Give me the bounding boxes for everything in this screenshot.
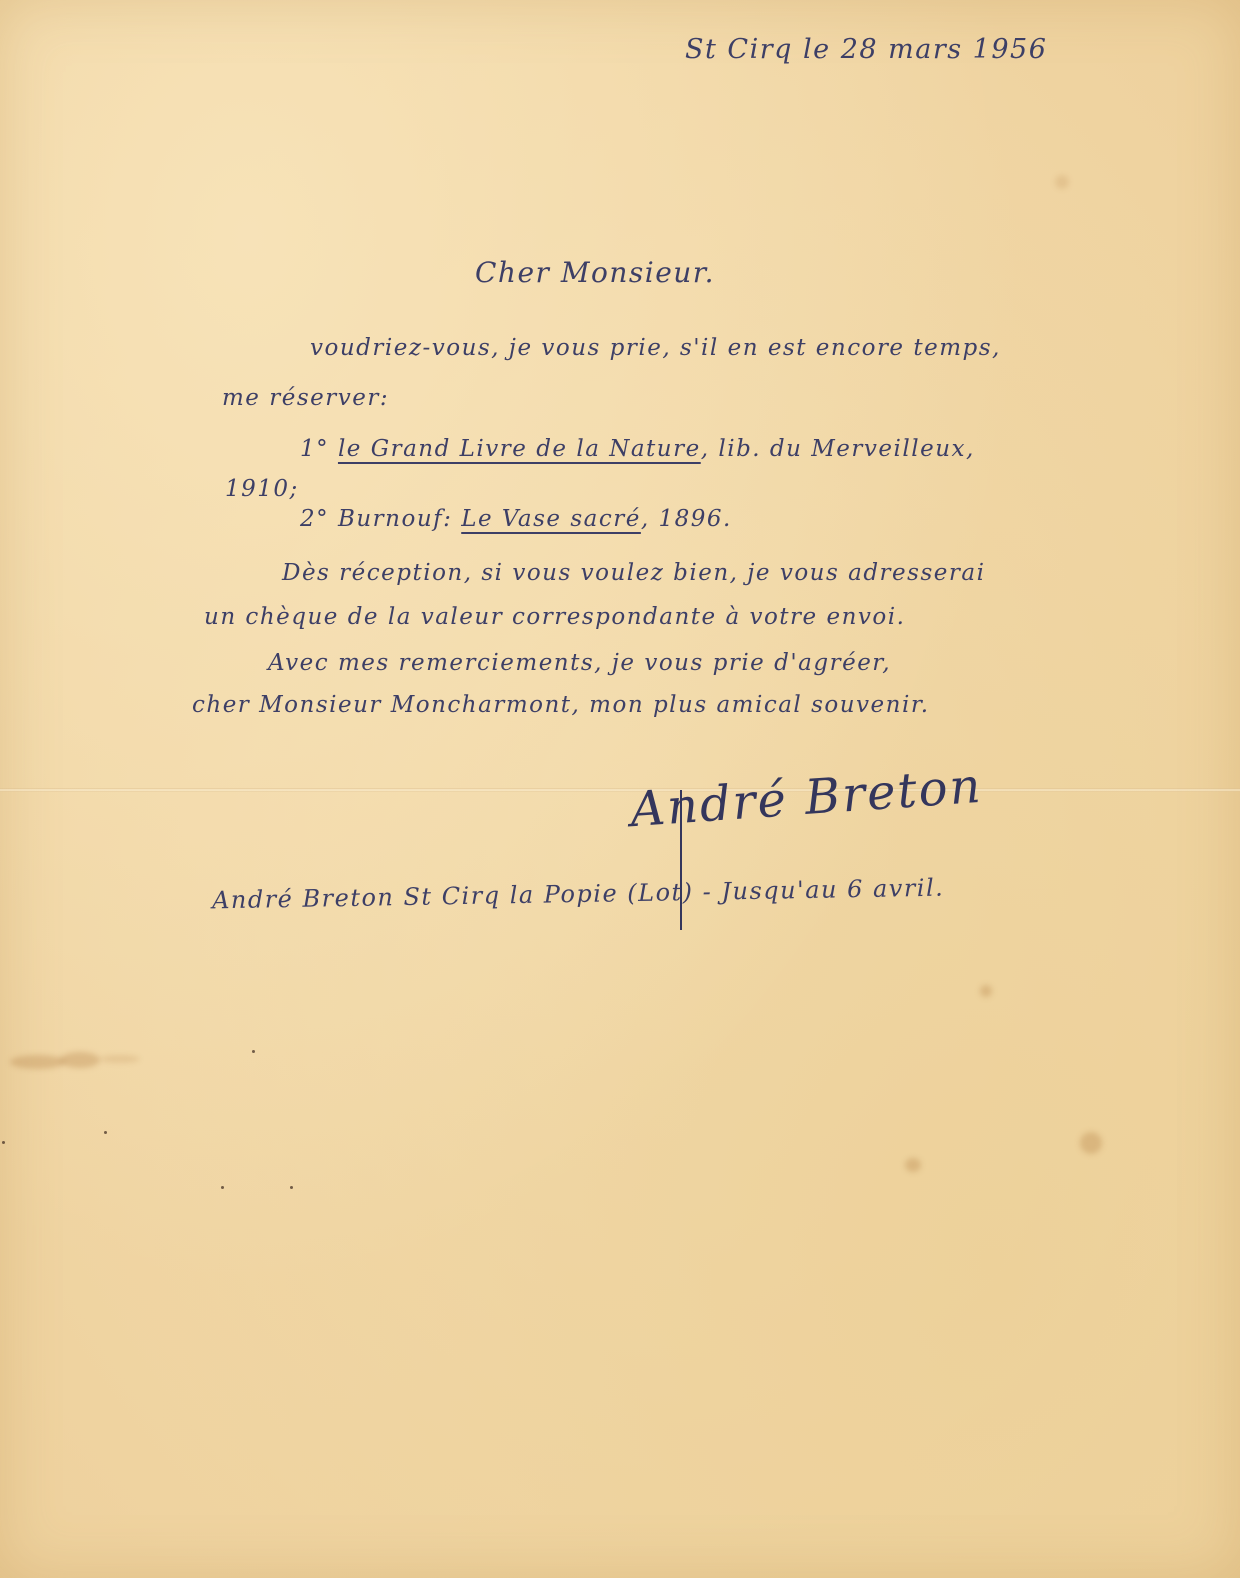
item-2-title: Le Vase sacré [461,506,641,532]
item-1-year: 1910; [225,476,299,502]
stain [1055,175,1069,189]
item-1-title: le Grand Livre de la Nature [338,436,701,462]
stain [980,985,992,997]
body-line-dispatch-1: Dès réception, si vous voulez bien, je v… [282,560,985,586]
speck [2,1141,5,1144]
speck [221,1186,224,1189]
item-1-publisher: , lib. du Merveilleux, [701,436,975,462]
item-1-number: 1° [300,436,329,462]
body-line-close-2: cher Monsieur Moncharmont, mon plus amic… [192,692,930,718]
signature-flourish [680,790,682,930]
body-line-close-1: Avec mes remerciements, je vous prie d'a… [268,650,891,676]
item-2: 2° Burnouf: Le Vase sacré, 1896. [300,506,732,532]
body-line-dispatch-2: un chèque de la valeur correspondante à … [204,604,905,630]
stain [10,1055,65,1069]
stain [905,1158,921,1172]
item-2-author: Burnouf: [338,506,452,532]
salutation: Cher Monsieur. [475,256,715,289]
stain [60,1052,100,1068]
speck [290,1186,293,1189]
sender-address: André Breton St Cirq la Popie (Lot) - Ju… [212,874,945,915]
stain [1080,1132,1102,1154]
body-line-1: voudriez-vous, je vous prie, s'il en est… [310,335,1001,361]
letter-page: St Cirq le 28 mars 1956 Cher Monsieur. v… [0,0,1240,1578]
body-line-2: me réserver: [222,385,389,411]
item-2-year: , 1896. [641,506,732,532]
stain [100,1055,140,1063]
item-1: 1° le Grand Livre de la Nature, lib. du … [300,436,975,462]
place-date: St Cirq le 28 mars 1956 [685,34,1047,65]
item-2-number: 2° [300,506,329,532]
speck [252,1050,255,1053]
speck [104,1131,107,1134]
paper-fold [0,788,1240,792]
